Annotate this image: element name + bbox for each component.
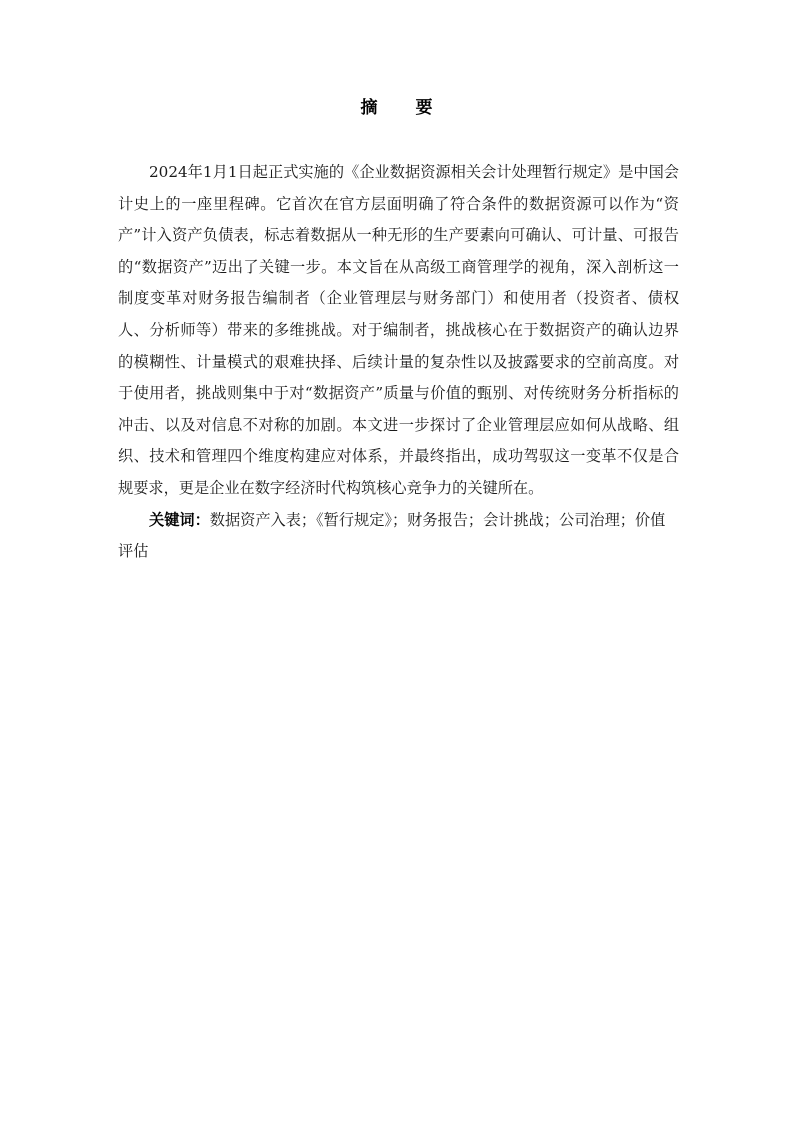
keywords-label: 关键词： <box>149 511 210 529</box>
keywords-line: 关键词：数据资产入表；《暂行规定》；财务报告；会计挑战；公司治理；价值评估 <box>118 505 679 568</box>
abstract-title: 摘 要 <box>0 94 793 122</box>
abstract-paragraph: 2024年1月1日起正式实施的《企业数据资源相关会计处理暂行规定》是中国会计史上… <box>118 157 679 505</box>
document-page: 摘 要 2024年1月1日起正式实施的《企业数据资源相关会计处理暂行规定》是中国… <box>0 0 793 1122</box>
abstract-body: 2024年1月1日起正式实施的《企业数据资源相关会计处理暂行规定》是中国会计史上… <box>118 157 679 568</box>
